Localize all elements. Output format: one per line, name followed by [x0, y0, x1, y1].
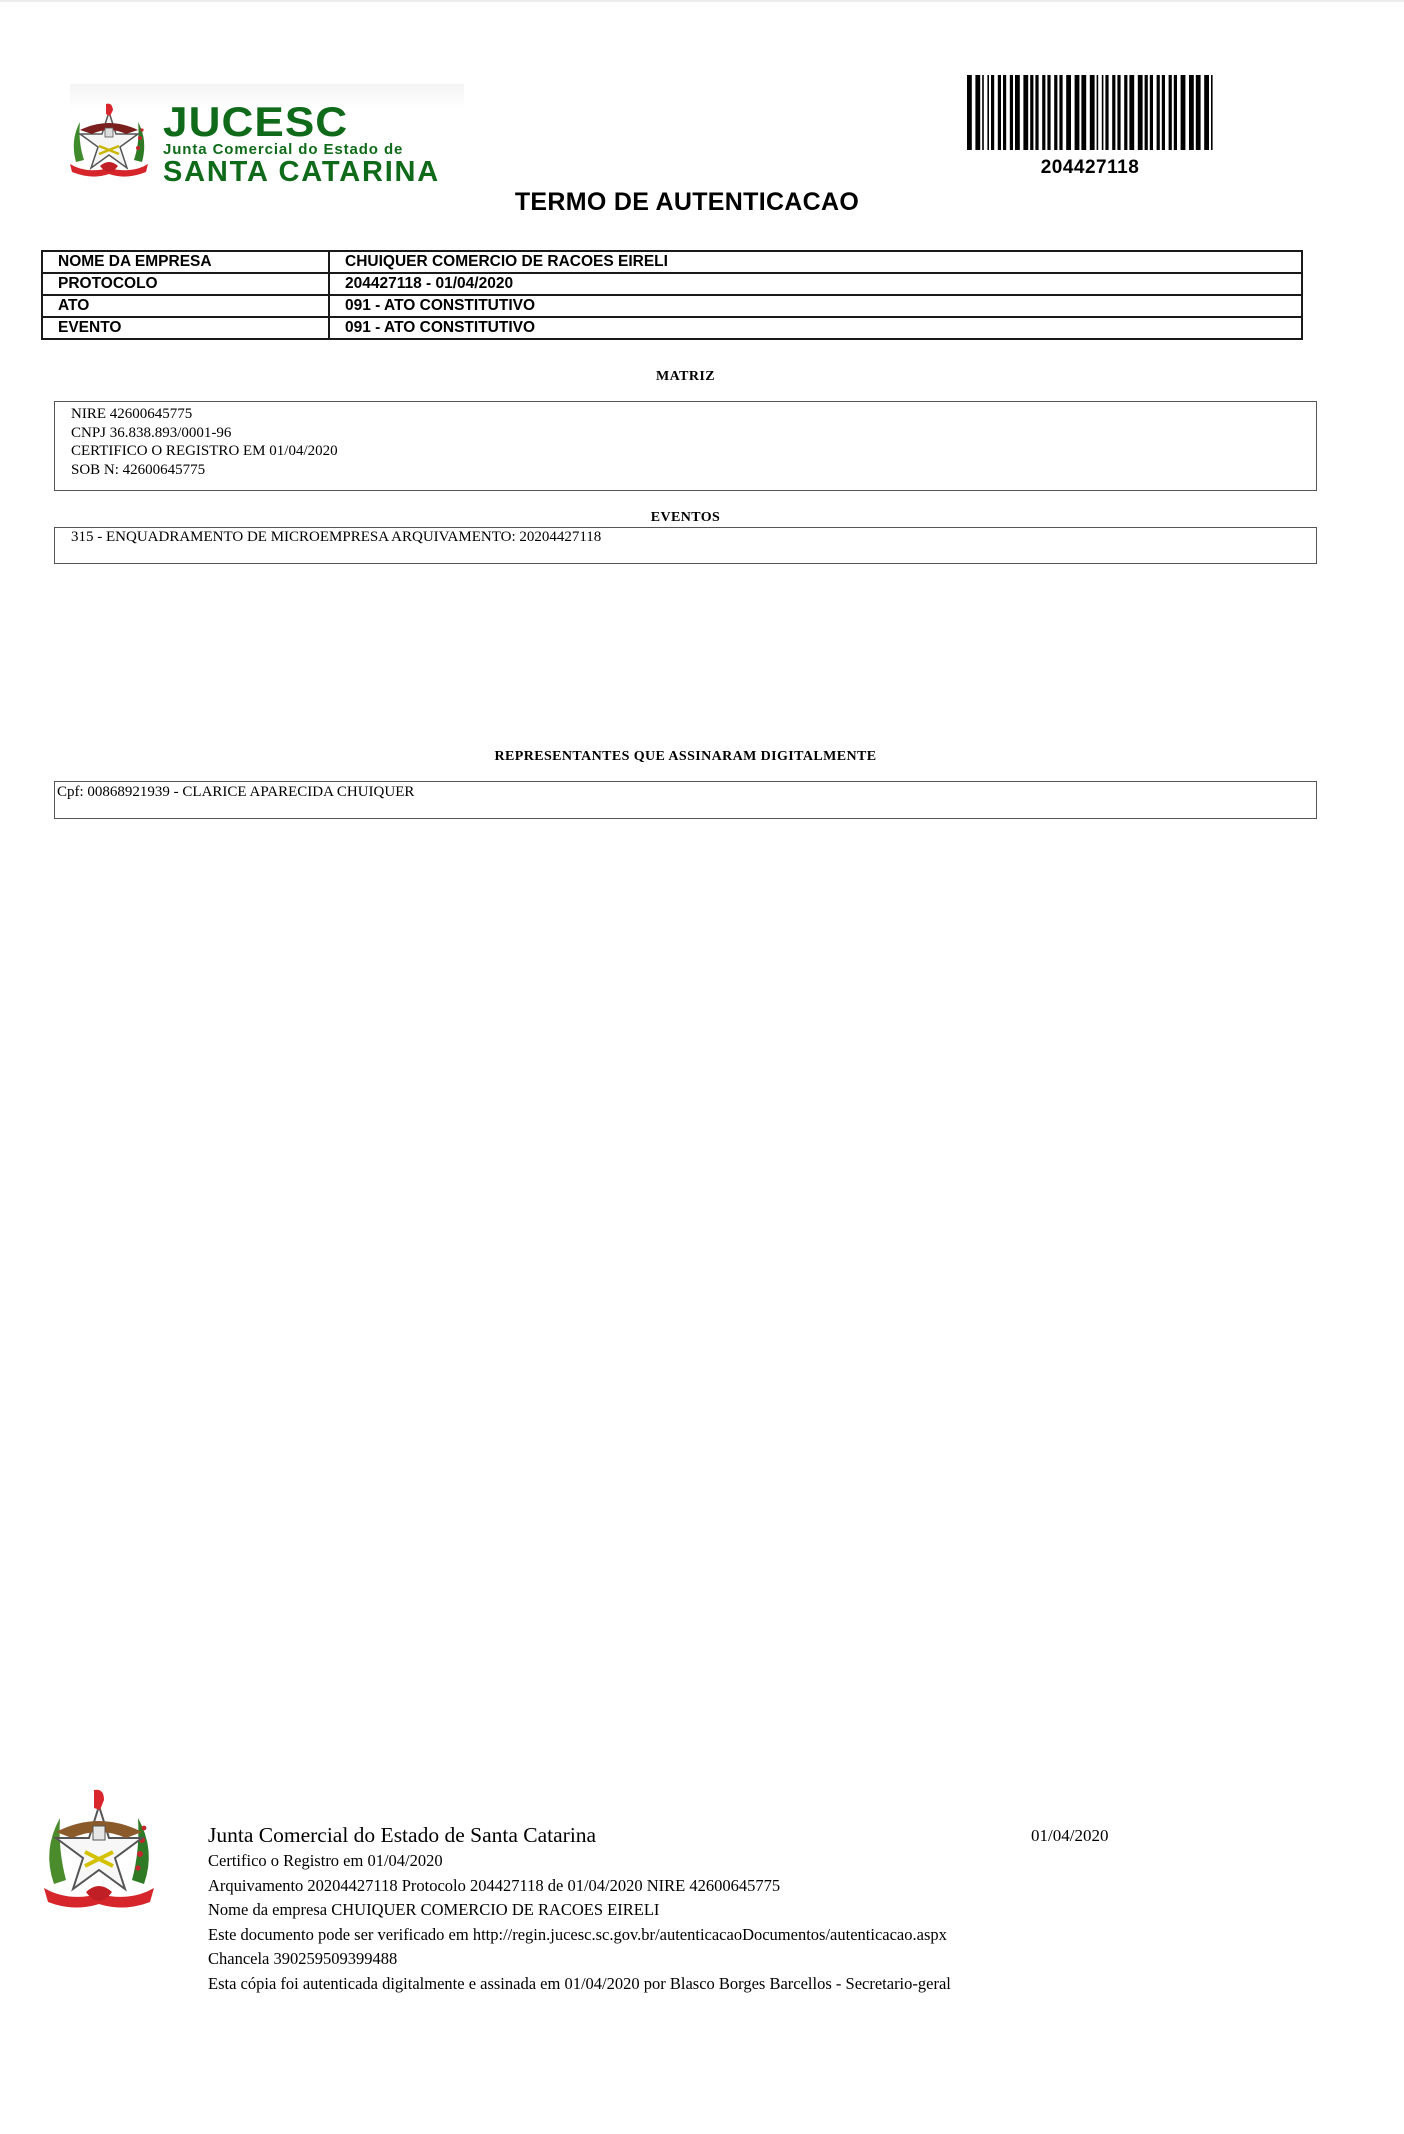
- footer-line: Arquivamento 20204427118 Protocolo 20442…: [208, 1874, 951, 1899]
- company-info-table: NOME DA EMPRESA CHUIQUER COMERCIO DE RAC…: [41, 250, 1303, 340]
- matriz-line: CERTIFICO O REGISTRO EM 01/04/2020: [71, 442, 1316, 461]
- evento-line: 315 - ENQUADRAMENTO DE MICROEMPRESA ARQU…: [71, 528, 1316, 547]
- table-row: PROTOCOLO 204427118 - 01/04/2020: [42, 273, 1302, 295]
- jucesc-logo: JUCESC Junta Comercial do Estado de SANT…: [60, 84, 464, 184]
- row-value: CHUIQUER COMERCIO DE RACOES EIRELI: [329, 251, 1302, 273]
- row-label: PROTOCOLO: [42, 273, 329, 295]
- footer-line: Nome da empresa CHUIQUER COMERCIO DE RAC…: [208, 1898, 951, 1923]
- matriz-heading: MATRIZ: [54, 369, 1317, 385]
- footer-date: 01/04/2020: [1031, 1826, 1108, 1846]
- eventos-box: 315 - ENQUADRAMENTO DE MICROEMPRESA ARQU…: [54, 527, 1317, 564]
- barcode-icon: [967, 75, 1213, 150]
- row-value: 091 - ATO CONSTITUTIVO: [329, 295, 1302, 317]
- page-top-border: [0, 0, 1404, 2]
- santa-catarina-coat-of-arms-icon: [66, 102, 152, 182]
- table-row: EVENTO 091 - ATO CONSTITUTIVO: [42, 317, 1302, 339]
- representantes-box: Cpf: 00868921939 - CLARICE APARECIDA CHU…: [54, 781, 1317, 819]
- footer-title: Junta Comercial do Estado de Santa Catar…: [208, 1822, 951, 1849]
- representante-line: Cpf: 00868921939 - CLARICE APARECIDA CHU…: [57, 783, 1316, 802]
- document-title: TERMO DE AUTENTICACAO: [0, 188, 1374, 217]
- matriz-line: NIRE 42600645775: [71, 405, 1316, 424]
- row-value: 091 - ATO CONSTITUTIVO: [329, 317, 1302, 339]
- row-label: ATO: [42, 295, 329, 317]
- row-label: NOME DA EMPRESA: [42, 251, 329, 273]
- footer-line: Certifico o Registro em 01/04/2020: [208, 1849, 951, 1874]
- matriz-box: NIRE 42600645775 CNPJ 36.838.893/0001-96…: [54, 401, 1317, 491]
- table-row: NOME DA EMPRESA CHUIQUER COMERCIO DE RAC…: [42, 251, 1302, 273]
- barcode-number: 204427118: [967, 157, 1213, 179]
- table-row: ATO 091 - ATO CONSTITUTIVO: [42, 295, 1302, 317]
- footer-verification-url: Este documento pode ser verificado em ht…: [208, 1923, 951, 1948]
- logo-state: SANTA CATARINA: [163, 158, 440, 186]
- footer-line: Chancela 390259509399488: [208, 1947, 951, 1972]
- eventos-heading: EVENTOS: [54, 510, 1317, 526]
- matriz-line: SOB N: 42600645775: [71, 461, 1316, 480]
- footer-authentication-block: Junta Comercial do Estado de Santa Catar…: [208, 1822, 951, 1996]
- row-value: 204427118 - 01/04/2020: [329, 273, 1302, 295]
- footer-line: Esta cópia foi autenticada digitalmente …: [208, 1972, 951, 1997]
- santa-catarina-coat-of-arms-icon: [40, 1788, 158, 1916]
- row-label: EVENTO: [42, 317, 329, 339]
- matriz-line: CNPJ 36.838.893/0001-96: [71, 424, 1316, 443]
- logo-acronym: JUCESC: [163, 102, 454, 142]
- representantes-heading: REPRESENTANTES QUE ASSINARAM DIGITALMENT…: [54, 749, 1317, 765]
